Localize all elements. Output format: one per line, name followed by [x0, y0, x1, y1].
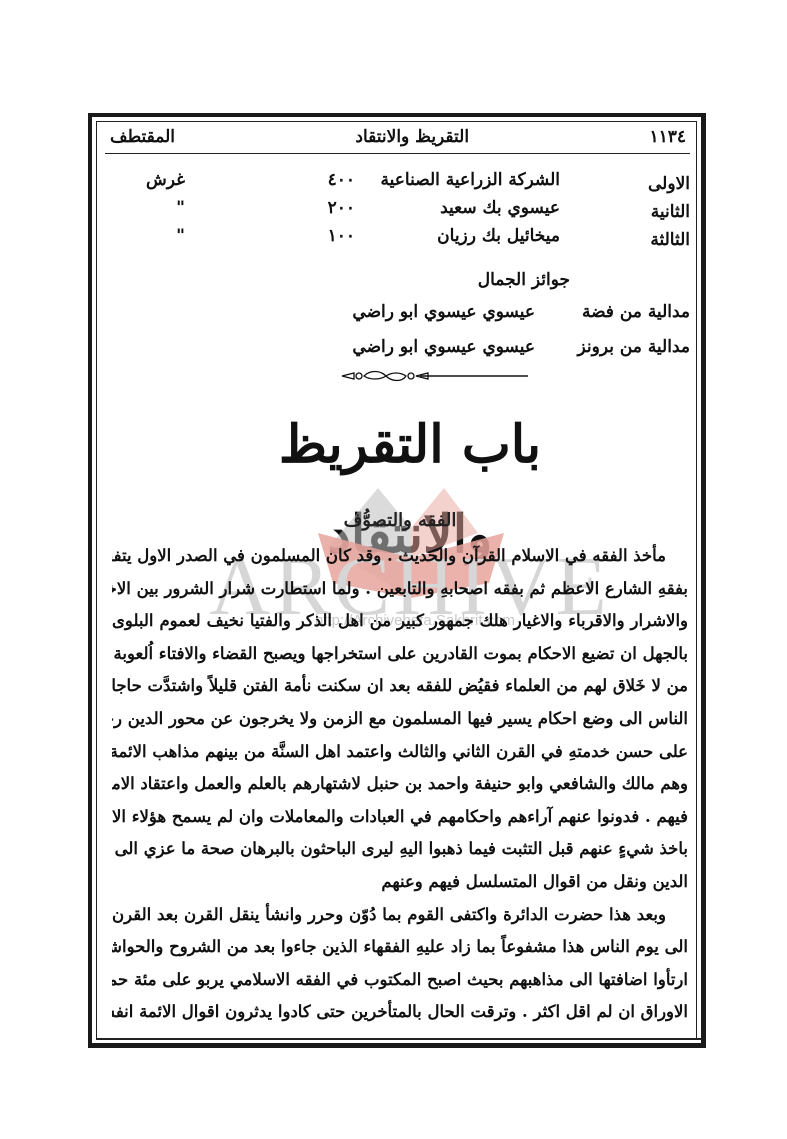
text-line: بفقهِ الشارع الاعظم ثم بفقه اصحابهِ والت… [112, 573, 688, 606]
text-line: الدين ونقل من اقوال المتسلسل فيهم وعنهم [112, 866, 688, 899]
text-line: باخذ شيءٍ عنهم قبل التثبت فيما ذهبوا الي… [112, 833, 688, 866]
medal-type: مدالية من برونز [578, 337, 691, 357]
text-line: على حسن خدمتهِ في القرن الثاني والثالث و… [112, 736, 688, 769]
running-header: ١١٣٤ التقريظ والانتقاد المقتطف [110, 122, 686, 152]
prize-unit: غرش [146, 170, 185, 190]
text-line: الاوراق ان لم اقل اكثر . وترقت الحال بال… [112, 996, 688, 1029]
page-number: ١١٣٤ [649, 127, 686, 147]
text-line: والاشرار والاقرباء والاغيار هلك جمهور كب… [112, 605, 688, 638]
text-line: فيهم . فدونوا عنهم آراءهم واحكامهم في ال… [112, 801, 688, 834]
text-line: بالجهل ان تضيع الاحكام بموت القادرين على… [112, 638, 688, 671]
text-line: وبعد هذا حضرت الدائرة واكتفى القوم بما د… [112, 899, 688, 932]
prize-rank: الثانية [651, 202, 690, 222]
prize-winner: ميخائيل بك رزيان [437, 226, 560, 246]
text-line: مأخذ الفقه في الاسلام القرآن والحديث . و… [112, 540, 688, 573]
prize-unit: " [176, 198, 185, 218]
prize-row: الاولى الشركة الزراعية الصناعية ٤٠٠ غرش [130, 170, 690, 198]
prize-rank: الاولى [648, 174, 690, 194]
beauty-prizes-title: جوائز الجمال [330, 270, 570, 290]
medal-winner: عيسوي عيسوي ابو راضي [352, 302, 535, 322]
medal-row: مدالية من فضة عيسوي عيسوي ابو راضي [300, 302, 690, 328]
medal-row: مدالية من برونز عيسوي عيسوي ابو راضي [300, 337, 690, 363]
text-line: الى يوم الناس هذا مشفوعاً بما زاد عليهِ … [112, 931, 688, 964]
prize-rank: الثالثة [650, 230, 690, 250]
chapter-heading-calligraphy: باب التقريظ والانتقاد [260, 400, 560, 490]
prize-row: الثالثة ميخائيل بك رزيان ١٠٠ " [130, 226, 690, 254]
prize-winner: الشركة الزراعية الصناعية [381, 170, 560, 190]
text-line: وهم مالك والشافعي وابو حنيفة واحمد بن حن… [112, 768, 688, 801]
text-line: من لا خَلاق لهم من العلماء فقيُض للفقه ب… [112, 670, 688, 703]
medal-winner: عيسوي عيسوي ابو راضي [352, 337, 535, 357]
prize-unit: " [176, 226, 185, 246]
prize-row: الثانية عيسوي بك سعيد ٢٠٠ " [130, 198, 690, 226]
prize-list: الاولى الشركة الزراعية الصناعية ٤٠٠ غرش … [130, 170, 690, 254]
ornament-divider [340, 368, 530, 384]
article-title: الفقه والتصوُّف [300, 510, 500, 531]
text-line: الناس الى وضع احكام يسير فيها المسلمون م… [112, 703, 688, 736]
bottom-rule [96, 1038, 702, 1040]
journal-name: المقتطف [110, 127, 175, 147]
prize-amount: ٤٠٠ [328, 170, 355, 190]
prize-amount: ٢٠٠ [328, 198, 355, 218]
header-rule [105, 153, 690, 154]
article-body: مأخذ الفقه في الاسلام القرآن والحديث . و… [112, 540, 688, 1029]
running-section-title: التقريظ والانتقاد [355, 127, 469, 147]
prize-winner: عيسوي بك سعيد [440, 198, 560, 218]
medal-type: مدالية من فضة [582, 302, 690, 322]
prize-amount: ١٠٠ [328, 226, 355, 246]
text-line: ارتأوا اضافتها الى مذاهبهم بحيث اصبح الم… [112, 964, 688, 997]
